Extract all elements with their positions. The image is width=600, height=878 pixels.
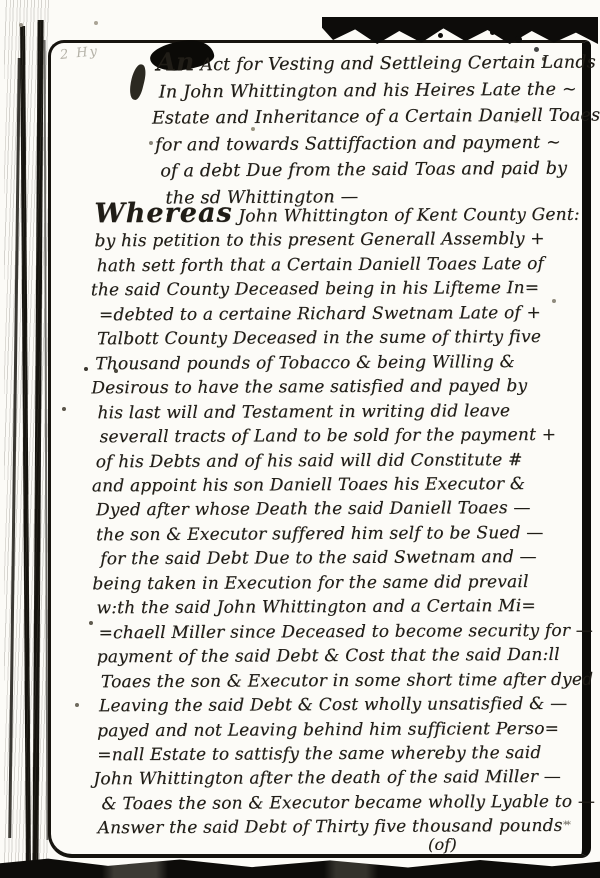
body-line: =chaell Miller since Deceased to become … [99,618,593,645]
body-line: John Whittington after the death of the … [93,765,587,792]
body-line: Dyed after whose Death the said Daniell … [96,496,590,523]
body-line: his last will and Testament in writing d… [97,398,591,425]
body-line: Talbott County Deceased in the sume of t… [97,325,591,352]
body-line: Thousand pounds of Tobacco & being Willi… [95,349,589,376]
body-initial-word: Whereas [94,198,232,230]
body-line: Whereas John Whittington of Kent County … [94,200,588,230]
act-title-heading: An Act for Vesting and Settleing Certain… [156,46,600,211]
body-line: being taken in Execution for the same di… [92,570,586,597]
body-line: and appoint his son Daniell Toaes his Ex… [92,472,586,499]
body-line: & Toaes the son & Executor became wholly… [101,790,595,817]
heading-line-text: Act for Vesting and Settleing Certain La… [200,52,596,75]
body-line: severall tracts of Land to be sold for t… [99,423,593,450]
heading-line: In John Whittington and his Heires Late … [159,76,600,106]
body-line: the son & Executor suffered him self to … [96,521,590,548]
heading-line: Estate and Inheritance of a Certain Dani… [152,102,600,132]
act-body-text: Whereas John Whittington of Kent County … [94,200,592,841]
body-line: payment of the said Debt & Cost that the… [97,643,591,670]
heading-line: for and towards Sattiffaction and paymen… [155,129,600,159]
manuscript-scan-page: 2 Hy An Act for Vesting and Settleing Ce… [0,0,600,878]
body-line-text: John Whittington of Kent County Gent: [238,205,580,227]
body-line: w:th the said John Whittington and a Cer… [96,594,590,621]
body-line: Answer the said Debt of Thirty five thou… [98,814,592,841]
heading-line: An Act for Vesting and Settleing Certain… [156,46,600,79]
body-line: Leaving the said Debt & Cost wholly unsa… [99,692,593,719]
margin-mark: ** [563,820,569,831]
body-line: =debted to a certaine Richard Swetnam La… [99,301,593,328]
heading-initial-word: An [156,47,194,76]
binding-noise [4,0,50,878]
body-line: of his Debts and of his said will did Co… [96,447,590,474]
body-line: Desirous to have the same satisfied and … [91,374,585,401]
body-line: for the said Debt Due to the said Swetna… [100,545,594,572]
body-line: =nall Estate to sattisfy the same whereb… [97,741,591,768]
body-line: the said County Deceased being in his Li… [91,276,585,303]
scan-bottom-edge [0,857,600,878]
body-line: hath sett forth that a Certain Daniell T… [97,252,591,279]
catchword: (of) [428,835,457,854]
heading-line: of a debt Due from the said Toas and pai… [160,155,600,185]
body-line: Toaes the son & Executor in some short t… [101,667,595,694]
body-line: payed and not Leaving behind him suffici… [97,716,591,743]
ink-dots [438,33,443,38]
body-line: by his petition to this present Generall… [94,227,588,254]
paper-speckles [0,0,2,2]
